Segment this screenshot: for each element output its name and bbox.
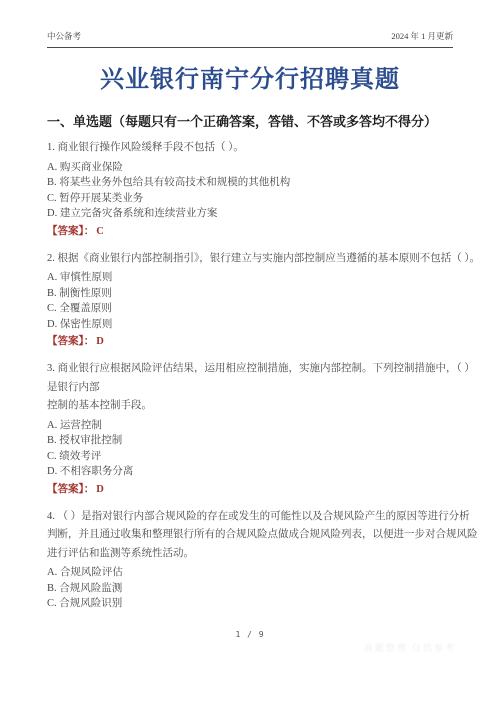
question-options: A. 合规风险评估B. 合规风险监测C. 合规风险识别 [47,565,453,612]
option-item: A. 合规风险评估 [47,565,453,581]
option-item: C. 全覆盖原则 [47,301,453,317]
question-options: A. 审慎性原则B. 制衡性原则C. 全覆盖原则D. 保密性原则 [47,270,453,332]
answer-row: 【答案】：D [47,482,453,498]
question-text-line: 1. 商业银行操作风险缓释手段不包括（ ）。 [47,139,453,158]
option-item: B. 授权审批控制 [47,433,453,449]
answer-label: 【答案】： [47,484,94,495]
option-item: C. 绩效考评 [47,449,453,465]
answer-value: D [96,336,104,347]
option-item: D. 保密性原则 [47,317,453,333]
option-item: A. 审慎性原则 [47,270,453,286]
answer-label: 【答案】： [47,336,94,347]
question-text-line: 判断，并且通过收集和整理银行所有的合规风险点做成合规风险列表，以便进一步对合规风… [47,526,453,545]
option-item: D. 建立完备灾备系统和连续营业方案 [47,206,453,222]
answer-row: 【答案】：C [47,224,453,240]
option-item: B. 将某些业务外包给具有较高技术和规模的其他机构 [47,175,453,191]
answer-value: C [96,226,104,237]
question-text-line: 进行评估和监测等系统性活动。 [47,545,453,564]
answer-row: 【答案】：D [47,334,453,350]
question-text-line: 4. （ ）是指对银行内部合规风险的存在或发生的可能性以及合规风险产生的原因等进… [47,508,453,527]
option-item: D. 不相容职务分离 [47,464,453,480]
header-right-date: 2024 年 1 月更新 [391,30,453,42]
question-text: 1. 商业银行操作风险缓释手段不包括（ ）。 [47,139,453,158]
question-text-line: 2. 根据《商业银行内部控制指引》，银行建立与实施内部控制应当遵循的基本原则不包… [47,250,453,269]
question-options: A. 购买商业保险B. 将某些业务外包给具有较高技术和规模的其他机构C. 暂停开… [47,160,453,222]
answer-value: D [96,484,104,495]
option-item: C. 暂停开展某类业务 [47,191,453,207]
document-title: 兴业银行南宁分行招聘真题 [0,63,500,97]
question-list: 1. 商业银行操作风险缓释手段不包括（ ）。 A. 购买商业保险B. 将某些业务… [47,139,453,612]
document-body: 一、单选题（每题只有一个正确答案，答错、不答或多答均不得分） 1. 商业银行操作… [47,113,453,612]
question-text-line: 控制的基本控制手段。 [47,397,453,416]
option-item: A. 运营控制 [47,418,453,434]
option-item: A. 购买商业保险 [47,160,453,176]
question-text-line: 是银行内部 [47,379,453,398]
option-item: B. 制衡性原则 [47,286,453,302]
page-header: 中公备考 2024 年 1 月更新 [47,30,453,48]
question-block: 3. 商业银行应根据风险评估结果，运用相应控制措施，实施内部控制。下列控制措施中… [47,360,453,498]
question-block: 2. 根据《商业银行内部控制指引》，银行建立与实施内部控制应当遵循的基本原则不包… [47,250,453,351]
question-block: 4. （ ）是指对银行内部合规风险的存在或发生的可能性以及合规风险产生的原因等进… [47,508,453,612]
page-indicator: 1 / 9 [0,630,500,639]
option-item: B. 合规风险监测 [47,581,453,597]
header-left-label: 中公备考 [47,30,81,42]
question-text: 3. 商业银行应根据风险评估结果，运用相应控制措施，实施内部控制。下列控制措施中… [47,360,453,416]
question-text-line: 3. 商业银行应根据风险评估结果，运用相应控制措施，实施内部控制。下列控制措施中… [47,360,453,379]
question-block: 1. 商业银行操作风险缓释手段不包括（ ）。 A. 购买商业保险B. 将某些业务… [47,139,453,240]
watermark: 真题整理 仅供参考 [364,641,456,654]
question-text: 2. 根据《商业银行内部控制指引》，银行建立与实施内部控制应当遵循的基本原则不包… [47,250,453,269]
section-heading: 一、单选题（每题只有一个正确答案，答错、不答或多答均不得分） [47,113,453,131]
question-options: A. 运营控制B. 授权审批控制C. 绩效考评D. 不相容职务分离 [47,418,453,480]
question-text: 4. （ ）是指对银行内部合规风险的存在或发生的可能性以及合规风险产生的原因等进… [47,508,453,564]
option-item: C. 合规风险识别 [47,596,453,612]
answer-label: 【答案】： [47,226,94,237]
document-page: 中公备考 2024 年 1 月更新 兴业银行南宁分行招聘真题 一、单选题（每题只… [0,0,500,707]
